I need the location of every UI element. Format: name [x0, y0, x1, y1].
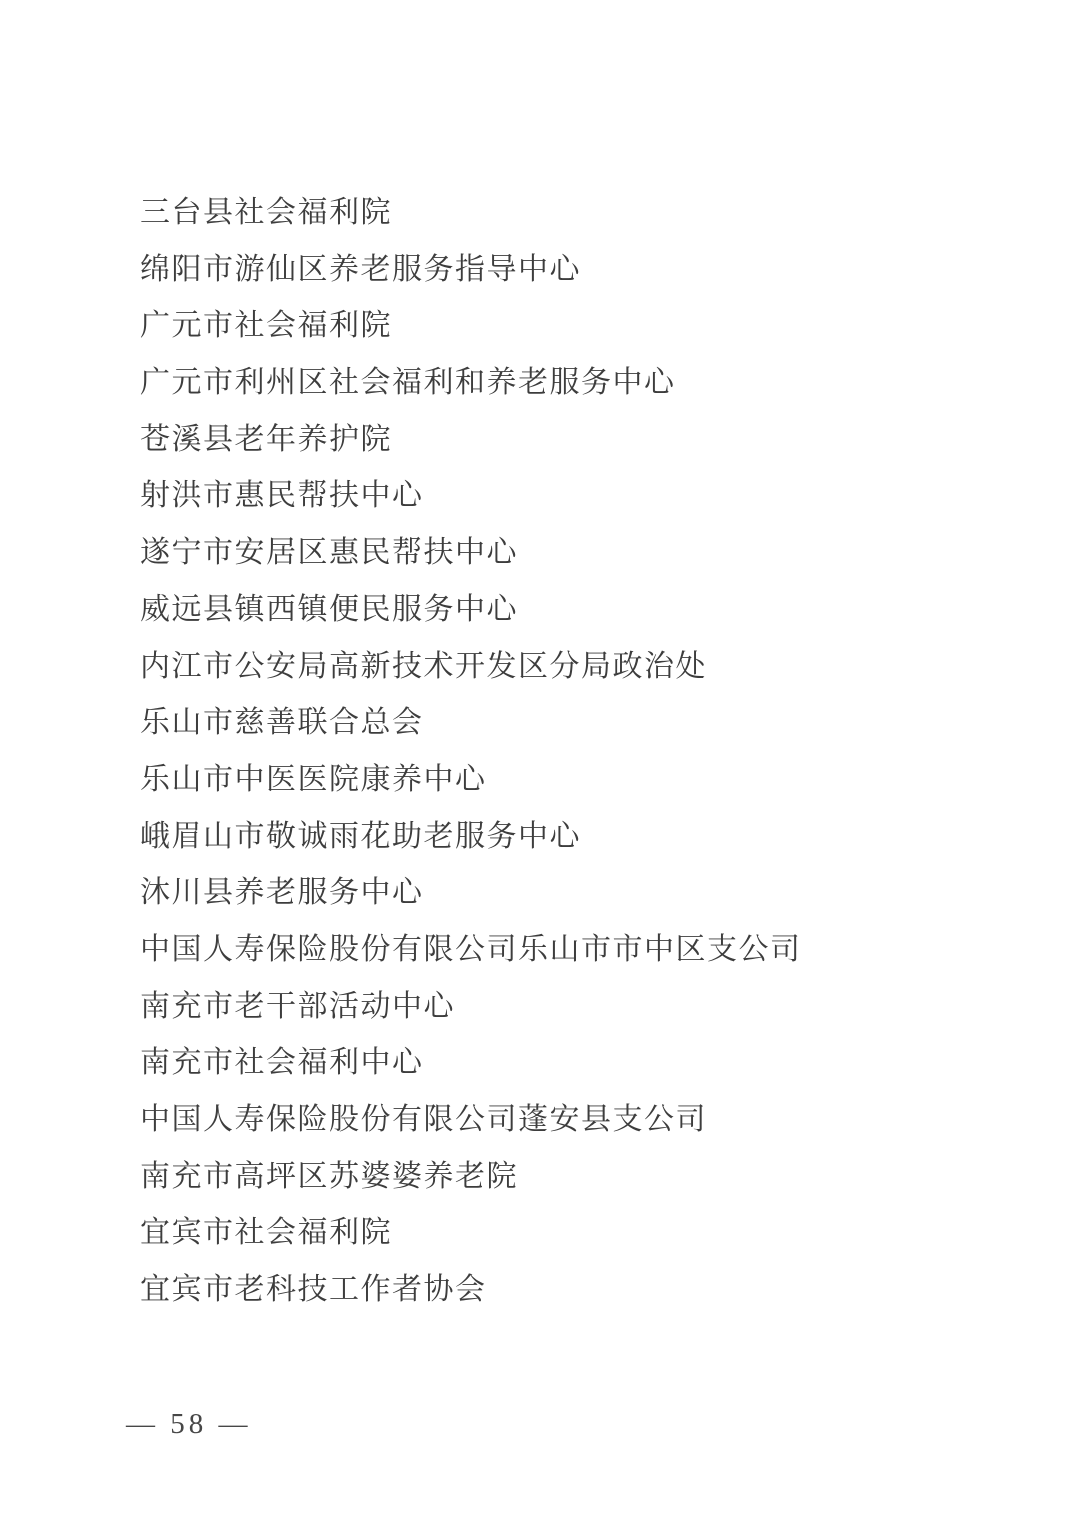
org-list-item: 苍溪县老年养护院 [140, 412, 1000, 469]
org-list-item: 广元市利州区社会福利和养老服务中心 [140, 355, 1000, 412]
org-list-item: 中国人寿保险股份有限公司乐山市市中区支公司 [140, 922, 1000, 979]
org-list-item: 南充市高坪区苏婆婆养老院 [140, 1149, 1000, 1206]
org-list-item: 绵阳市游仙区养老服务指导中心 [140, 242, 1000, 299]
org-list-item: 威远县镇西镇便民服务中心 [140, 582, 1000, 639]
org-list-item: 南充市社会福利中心 [140, 1035, 1000, 1092]
org-list-item: 峨眉山市敬诚雨花助老服务中心 [140, 809, 1000, 866]
org-list-item: 三台县社会福利院 [140, 185, 1000, 242]
org-list-item: 乐山市慈善联合总会 [140, 695, 1000, 752]
org-list-item: 宜宾市社会福利院 [140, 1205, 1000, 1262]
organization-list: 三台县社会福利院 绵阳市游仙区养老服务指导中心 广元市社会福利院 广元市利州区社… [140, 185, 1000, 1319]
org-list-item: 遂宁市安居区惠民帮扶中心 [140, 525, 1000, 582]
org-list-item: 沐川县养老服务中心 [140, 865, 1000, 922]
org-list-item: 内江市公安局高新技术开发区分局政治处 [140, 639, 1000, 696]
org-list-item: 乐山市中医医院康养中心 [140, 752, 1000, 809]
org-list-item: 射洪市惠民帮扶中心 [140, 468, 1000, 525]
document-page: 三台县社会福利院 绵阳市游仙区养老服务指导中心 广元市社会福利院 广元市利州区社… [0, 0, 1080, 1527]
org-list-item: 中国人寿保险股份有限公司蓬安县支公司 [140, 1092, 1000, 1149]
page-number: — 58 — [126, 1408, 252, 1441]
org-list-item: 广元市社会福利院 [140, 298, 1000, 355]
org-list-item: 南充市老干部活动中心 [140, 979, 1000, 1036]
org-list-item: 宜宾市老科技工作者协会 [140, 1262, 1000, 1319]
